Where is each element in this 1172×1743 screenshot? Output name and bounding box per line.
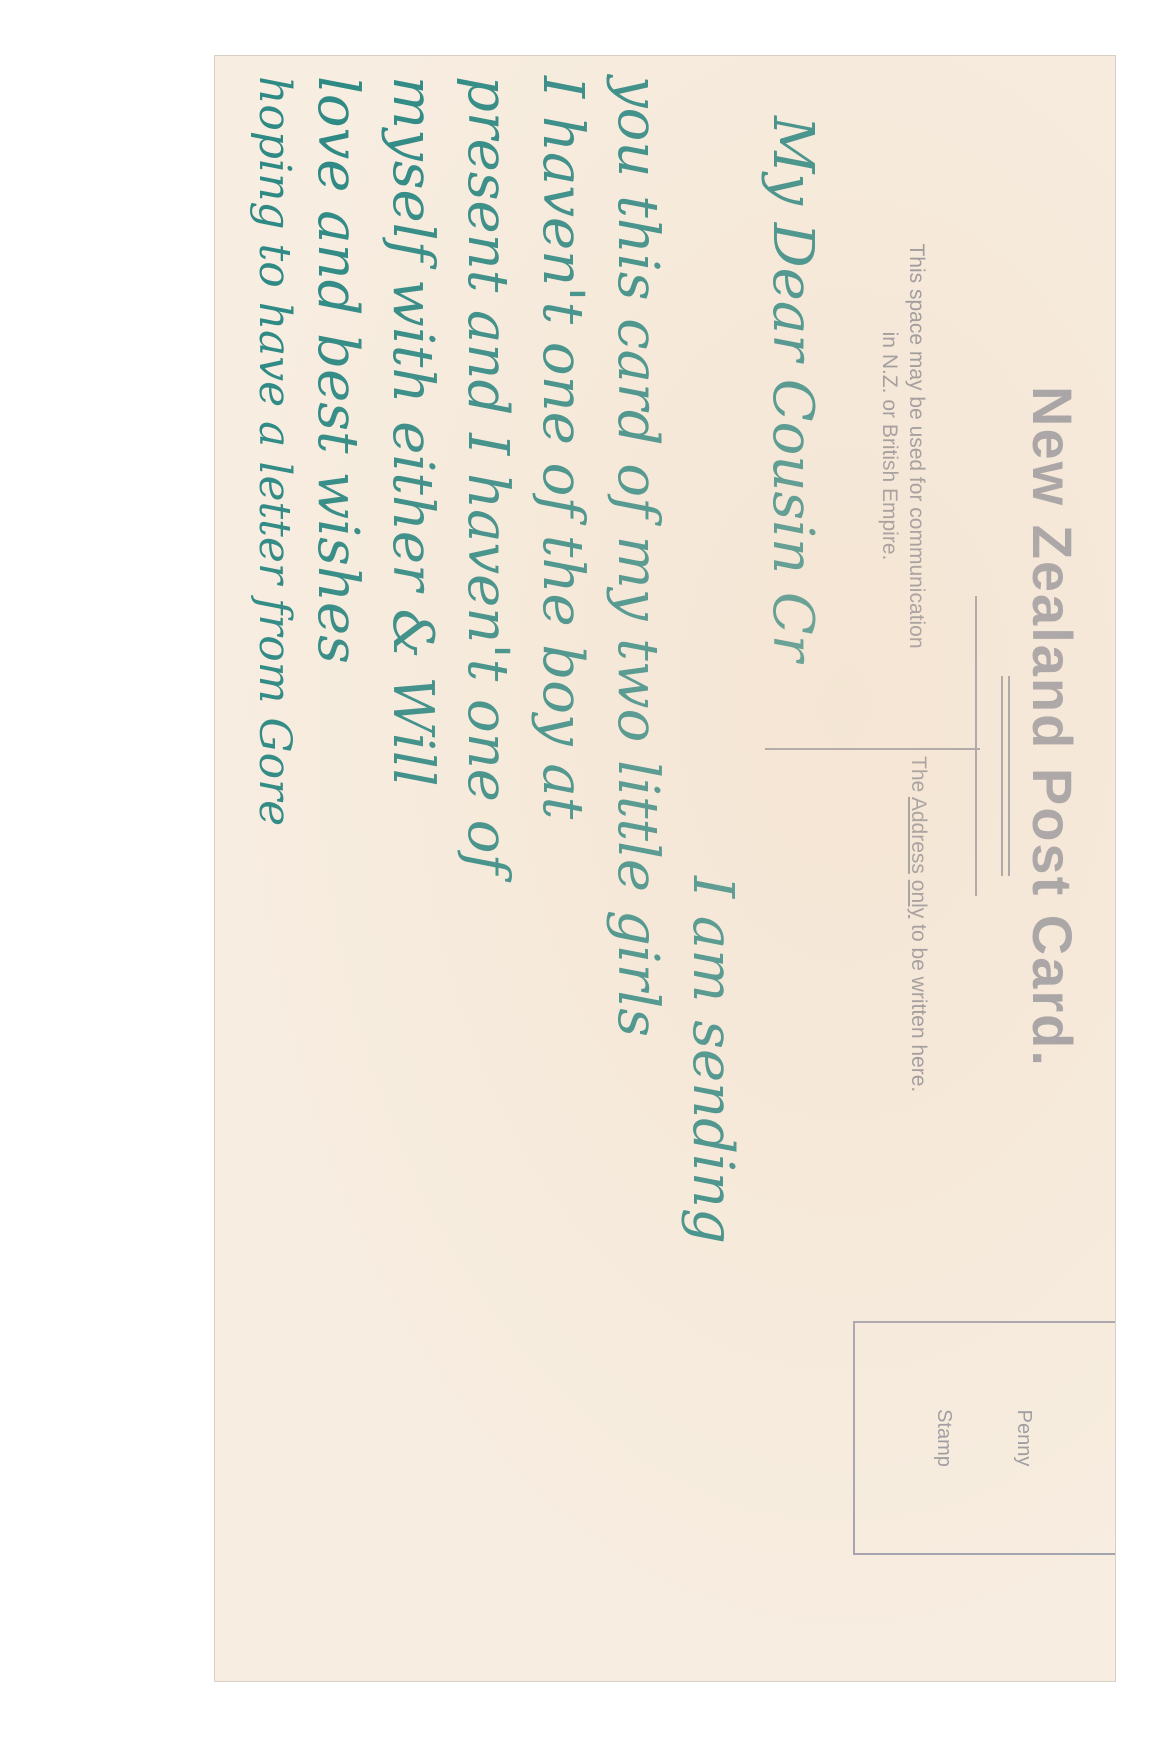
instr-prefix: The xyxy=(907,756,930,792)
handwriting-line: you this card of my two little girls xyxy=(605,76,670,1037)
handwriting-line: I haven't one of the boy at xyxy=(530,76,595,819)
handwriting-line: My Dear Cousin Cr xyxy=(760,116,825,662)
divider-horizontal xyxy=(975,596,977,896)
message-area-instruction: This space may be used for communication… xyxy=(876,136,930,756)
handwriting-line: present and I haven't one of xyxy=(455,76,520,874)
instruction-left-line2: in N.Z. or British Empire. xyxy=(876,136,903,756)
handwriting-line: myself with either & Will xyxy=(380,76,445,787)
stamp-label-2: Stamp xyxy=(932,1323,955,1553)
stamp-label-1: Penny xyxy=(1012,1323,1035,1553)
instr-only: only xyxy=(907,880,930,919)
divider-vertical xyxy=(765,748,980,750)
stamp-box: Penny Stamp xyxy=(853,1321,1115,1555)
address-area-instruction: The Address only to be written here. xyxy=(906,756,930,1092)
instr-suffix: to be written here. xyxy=(907,924,930,1092)
postcard: New Zealand Post Card. This space may be… xyxy=(215,56,1115,1681)
handwriting-line: I am sending xyxy=(680,876,745,1244)
instr-address: Address xyxy=(907,797,930,874)
handwriting-line: hoping to have a letter from Gore xyxy=(249,76,300,826)
instruction-left-line1: This space may be used for communication xyxy=(903,136,930,756)
title-rule xyxy=(1001,676,1010,876)
handwriting-line: love and best wishes xyxy=(305,76,370,664)
postcard-title: New Zealand Post Card. xyxy=(1020,386,1085,1068)
postcard-rotated-content: New Zealand Post Card. This space may be… xyxy=(215,56,1115,1681)
